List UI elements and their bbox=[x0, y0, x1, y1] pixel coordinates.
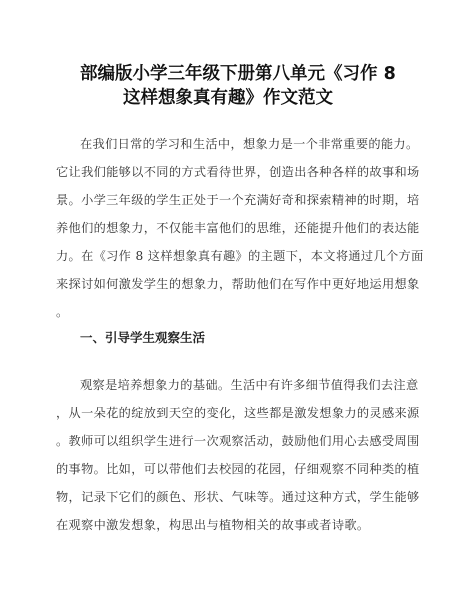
intro-paragraph-line: 力。在《习作 8 这样想象真有趣》的主题下，本文将通过几个方面 bbox=[56, 247, 424, 264]
intro-paragraph-line: 它让我们能够以不同的方式看待世界，创造出各种各样的故事和场 bbox=[56, 163, 420, 180]
section-paragraph-line: 在观察中激发想象，构思出与植物相关的故事或者诗歌。 bbox=[56, 516, 369, 533]
document-title-line-2: 这样想象真有趣》作文范文 bbox=[123, 84, 463, 109]
intro-paragraph-line: 在我们日常的学习和生活中，想象力是一个非常重要的能力。 bbox=[80, 135, 419, 152]
section-paragraph-line: 观察是培养想象力的基础。生活中有许多细节值得我们去注意 bbox=[80, 376, 419, 393]
section-paragraph-line: ，从一朵花的绽放到天空的变化，这些都是激发想象力的灵感来源 bbox=[56, 404, 420, 421]
section-paragraph-line: 的事物。比如，可以带他们去校园的花园，仔细观察不同种类的植 bbox=[56, 460, 420, 477]
intro-paragraph-line: 来探讨如何激发学生的想象力，帮助他们在写作中更好地运用想象 bbox=[56, 275, 420, 292]
document-title-line-1: 部编版小学三年级下册第八单元《习作 8 bbox=[80, 60, 463, 85]
section-paragraph-line: 。教师可以组织学生进行一次观察活动，鼓励他们用心去感受周围 bbox=[56, 432, 420, 449]
intro-paragraph-line: 养他们的想象力，不仅能丰富他们的思维，还能提升他们的表达能 bbox=[56, 219, 420, 236]
section-paragraph-line: 物，记录下它们的颜色、形状、气味等。通过这种方式，学生能够 bbox=[56, 488, 420, 505]
intro-paragraph-line: 景。小学三年级的学生正处于一个充满好奇和探索精神的时期，培 bbox=[56, 191, 420, 208]
section-heading: 一、引导学生观察生活 bbox=[80, 328, 205, 346]
intro-paragraph-line: 。 bbox=[56, 303, 69, 320]
